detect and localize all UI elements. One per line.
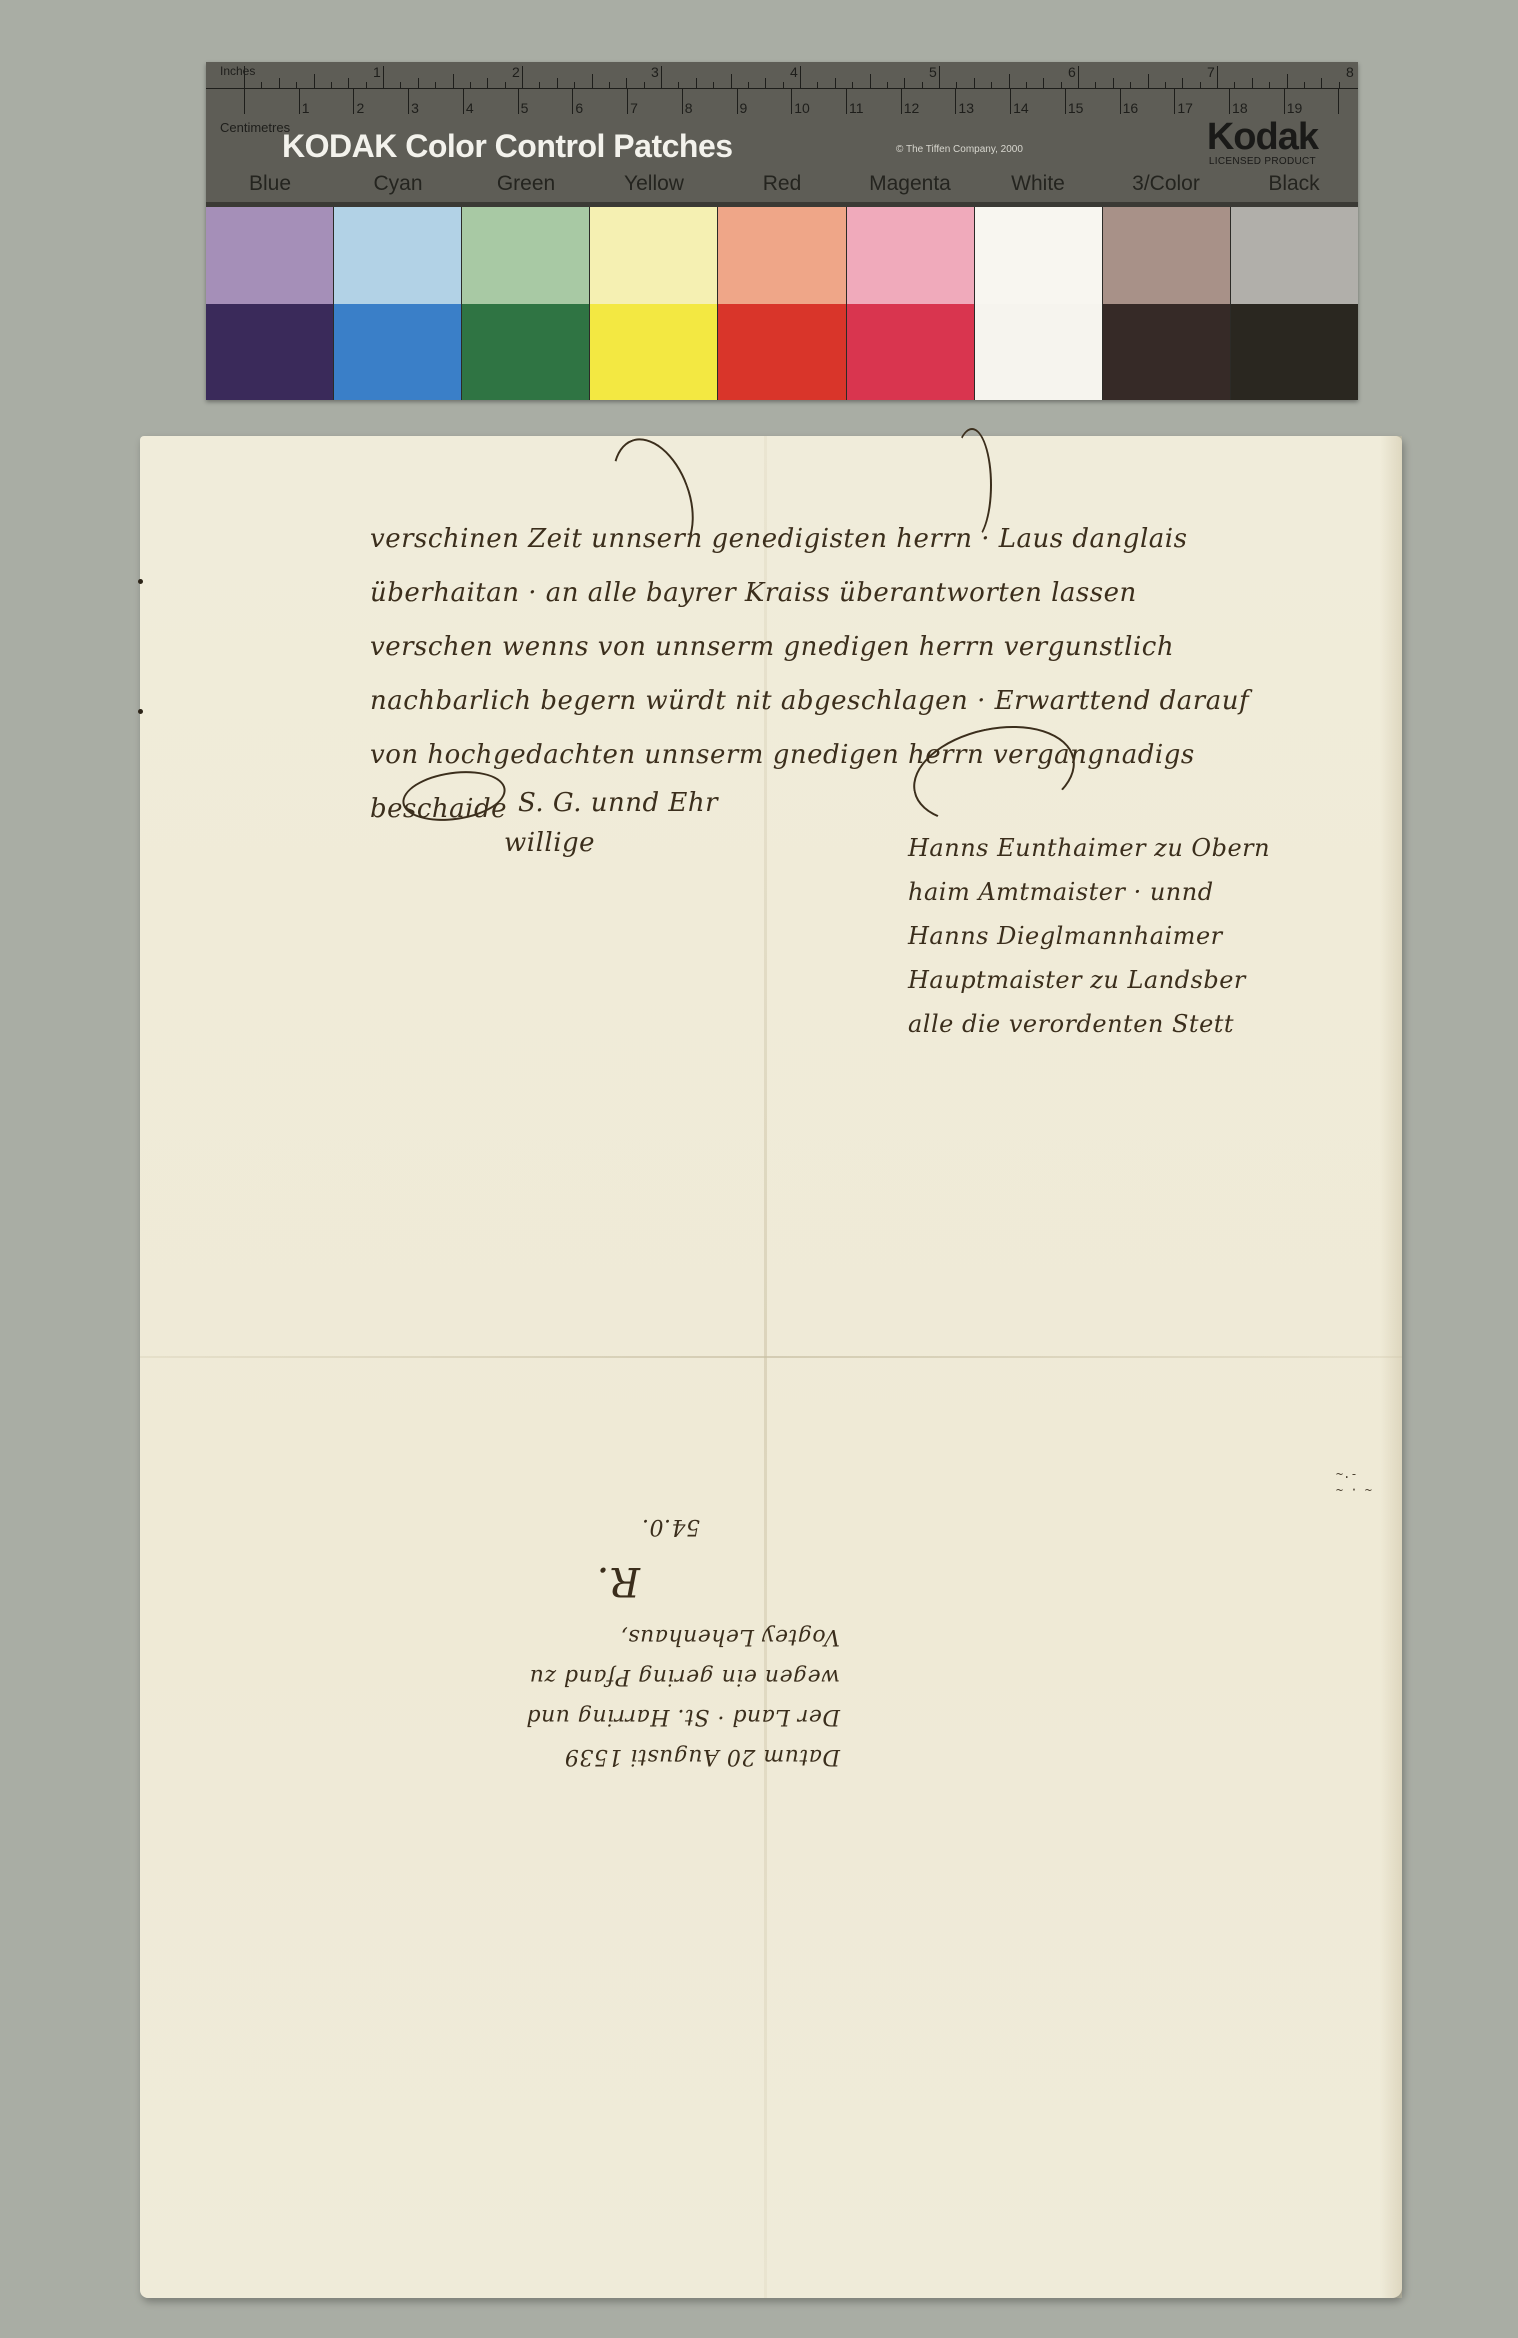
inch-tick (974, 78, 975, 88)
inch-tick (522, 66, 523, 88)
cm-number: 11 (849, 100, 864, 116)
cm-number: 16 (1123, 100, 1139, 116)
inch-tick (1061, 82, 1062, 88)
horizontal-fold-line (140, 1356, 1402, 1358)
inch-tick (453, 74, 454, 88)
signatory-line: Hauptmaister zu Landsber (908, 958, 1270, 1002)
inch-tick (661, 66, 662, 88)
cm-tick (463, 88, 464, 114)
inch-tick (1043, 78, 1044, 88)
copyright-notice: © The Tiffen Company, 2000 (896, 144, 1023, 155)
inch-tick (366, 82, 367, 88)
cm-tick (572, 88, 573, 114)
closing-line-1: S. G. unnd Ehr (518, 788, 718, 818)
inch-tick (1113, 78, 1114, 88)
patch-column (718, 207, 846, 400)
docket-date-line: Datum 20 Augusti 1539 (280, 1736, 840, 1776)
inch-tick (870, 74, 871, 88)
light-patch-cyan (334, 207, 461, 304)
inch-tick (418, 78, 419, 88)
inch-number: 7 (1207, 64, 1215, 80)
inch-tick (939, 66, 940, 88)
manuscript-page: verschinen Zeit unnsern genedigisten her… (140, 436, 1402, 2298)
inch-tick (592, 74, 593, 88)
inch-tick (922, 82, 923, 88)
inch-tick (956, 82, 957, 88)
closing-line-2: willige (504, 828, 595, 858)
cm-number: 15 (1068, 100, 1084, 116)
cm-tick (846, 88, 847, 114)
cm-number: 3 (411, 100, 419, 116)
cm-tick (518, 88, 519, 114)
inch-tick (696, 78, 697, 88)
margin-ink-mark (138, 709, 143, 714)
docket-line: Vogtey Lehenhaus, (280, 1616, 840, 1656)
inch-tick (1182, 78, 1183, 88)
cm-number: 5 (521, 100, 529, 116)
inch-tick (713, 82, 714, 88)
inch-tick (1234, 82, 1235, 88)
signatory-line: alle die verordenten Stett (908, 1002, 1270, 1046)
cm-tick (353, 88, 354, 114)
cm-number: 2 (356, 100, 364, 116)
inch-tick (470, 82, 471, 88)
patch-labels: Blue Cyan Green Yellow Red Magenta White… (206, 172, 1358, 202)
signatory-line: haim Amtmaister · unnd (908, 870, 1270, 914)
inch-number: 4 (790, 64, 798, 80)
patch-label: 3/Color (1102, 172, 1230, 202)
inch-tick (1252, 78, 1253, 88)
light-patch-black (1231, 207, 1358, 304)
dark-patch-white (975, 304, 1102, 401)
inch-tick (731, 74, 732, 88)
inch-tick (331, 82, 332, 88)
inches-label: Inches (220, 64, 255, 78)
inch-tick (852, 82, 853, 88)
body-line: von hochgedachten unnserm gnedigen herrn… (370, 728, 1380, 782)
inch-tick (261, 82, 262, 88)
patch-column (847, 207, 975, 400)
inch-tick (557, 78, 558, 88)
inch-tick (609, 82, 610, 88)
inch-number: 8 (1346, 64, 1354, 80)
light-patch-yellow (590, 207, 717, 304)
inch-tick (1321, 78, 1322, 88)
dark-patch-magenta (847, 304, 974, 401)
kodak-logo-text: Kodak (1207, 118, 1318, 156)
cm-number: 9 (740, 100, 748, 116)
light-patch-blue (206, 207, 333, 304)
cm-tick (1229, 88, 1230, 114)
cm-number: 6 (575, 100, 583, 116)
ascender-flourish (952, 428, 992, 542)
cm-tick (791, 88, 792, 114)
dark-patch-yellow (590, 304, 717, 401)
docket-line: wegen ein gering Pfand zu (280, 1656, 840, 1696)
patch-column (975, 207, 1103, 400)
inch-tick (626, 78, 627, 88)
inch-tick (1078, 66, 1079, 88)
dark-patch-red (718, 304, 845, 401)
body-line: überhaitan · an alle bayrer Kraiss übera… (370, 566, 1380, 620)
inch-tick (1269, 82, 1270, 88)
inch-tick (765, 78, 766, 88)
inch-tick (678, 82, 679, 88)
inch-tick (748, 82, 749, 88)
inch-tick (1148, 74, 1149, 88)
edge-mark: ~.- (1336, 1466, 1372, 1482)
card-title: KODAK Color Control Patches (282, 128, 733, 165)
cm-number: 1 (302, 100, 310, 116)
cm-number: 10 (794, 100, 810, 116)
patch-label: Black (1230, 172, 1358, 202)
docket-line: Der Land · St. Harring und (280, 1696, 840, 1736)
patch-label: Red (718, 172, 846, 202)
cm-tick (1010, 88, 1011, 114)
cm-tick (901, 88, 902, 114)
patch-label: Blue (206, 172, 334, 202)
inch-number: 2 (512, 64, 520, 80)
inch-number: 6 (1068, 64, 1076, 80)
inch-number: 3 (651, 64, 659, 80)
dark-patch-black (1231, 304, 1358, 401)
inch-tick (1200, 82, 1201, 88)
cm-tick (1174, 88, 1175, 114)
cm-number: 13 (958, 100, 974, 116)
inch-tick (800, 66, 801, 88)
dark-patch-cyan (334, 304, 461, 401)
inverted-docket-note: Datum 20 Augusti 1539 Der Land · St. Har… (280, 1456, 840, 1776)
light-patch-red (718, 207, 845, 304)
inch-tick (1095, 82, 1096, 88)
cm-number: 4 (466, 100, 474, 116)
inch-tick (887, 82, 888, 88)
light-patch-green (462, 207, 589, 304)
cm-tick (955, 88, 956, 114)
inch-tick (817, 82, 818, 88)
cm-number: 7 (630, 100, 638, 116)
inch-tick (539, 82, 540, 88)
patch-label: White (974, 172, 1102, 202)
dark-patch-3-color (1103, 304, 1230, 401)
inch-tick (991, 82, 992, 88)
patch-column (334, 207, 462, 400)
paper-edge-shadow (1380, 436, 1402, 2298)
inch-number: 5 (929, 64, 937, 80)
inch-tick (296, 82, 297, 88)
light-patch-white (975, 207, 1102, 304)
cm-tick (682, 88, 683, 114)
dark-patch-green (462, 304, 589, 401)
light-patch-magenta (847, 207, 974, 304)
docket-initial: R. (280, 1546, 840, 1616)
patch-column (590, 207, 718, 400)
dark-patch-blue (206, 304, 333, 401)
inch-tick (279, 78, 280, 88)
patch-label: Yellow (590, 172, 718, 202)
inch-tick (1217, 66, 1218, 88)
inch-tick (574, 82, 575, 88)
signatory-line: Hanns Dieglmannhaimer (908, 914, 1270, 958)
inch-tick (505, 82, 506, 88)
inch-tick (314, 74, 315, 88)
body-line: verschinen Zeit unnsern genedigisten her… (370, 512, 1380, 566)
patch-label: Cyan (334, 172, 462, 202)
cm-number: 19 (1287, 100, 1303, 116)
cm-tick (737, 88, 738, 114)
color-patches (206, 207, 1358, 400)
signatory-line: Hanns Eunthaimer zu Obern (908, 826, 1270, 870)
cm-tick (627, 88, 628, 114)
inch-tick (1026, 82, 1027, 88)
kodak-color-control-card: Inches 12345678 123456789101112131415161… (206, 62, 1358, 400)
inch-tick (435, 82, 436, 88)
cm-number: 12 (904, 100, 920, 116)
inch-tick (835, 78, 836, 88)
inch-tick (1304, 82, 1305, 88)
centimetres-label: Centimetres (220, 120, 290, 135)
inch-tick (1009, 74, 1010, 88)
inch-tick (904, 78, 905, 88)
cm-tick (244, 88, 245, 114)
cm-number: 18 (1232, 100, 1248, 116)
cm-number: 17 (1177, 100, 1193, 116)
inch-tick (1165, 82, 1166, 88)
patch-column (1103, 207, 1231, 400)
edge-pencil-marks: ~.- ~ · ~ (1336, 1466, 1372, 1498)
light-patch-3-color (1103, 207, 1230, 304)
patch-column (1231, 207, 1358, 400)
margin-ink-mark (138, 579, 143, 584)
inch-tick (1287, 74, 1288, 88)
kodak-logo: Kodak LICENSED PRODUCT (1207, 118, 1318, 167)
inch-tick (644, 82, 645, 88)
patch-column (206, 207, 334, 400)
cm-tick (408, 88, 409, 114)
inch-number: 1 (373, 64, 381, 80)
cm-tick (299, 88, 300, 114)
patch-column (462, 207, 590, 400)
patch-label: Green (462, 172, 590, 202)
inch-tick (1130, 82, 1131, 88)
inch-tick (487, 78, 488, 88)
body-line: nachbarlich begern würdt nit abgeschlage… (370, 674, 1380, 728)
inch-tick (383, 66, 384, 88)
body-line: verschen wenns von unnserm gnedigen herr… (370, 620, 1380, 674)
cm-tick (1284, 88, 1285, 114)
cm-tick (1120, 88, 1121, 114)
folio-number: 54.0. (280, 1506, 840, 1546)
signatories-block: Hanns Eunthaimer zu Obern haim Amtmaiste… (908, 826, 1270, 1046)
edge-mark: ~ · ~ (1336, 1482, 1372, 1498)
inch-tick (244, 66, 245, 88)
ruler-inch-baseline (206, 88, 1358, 89)
patch-label: Magenta (846, 172, 974, 202)
cm-tick (1338, 88, 1339, 114)
licensed-product-label: LICENSED PRODUCT (1207, 156, 1318, 167)
inch-tick (348, 78, 349, 88)
cm-number: 14 (1013, 100, 1029, 116)
inch-tick (783, 82, 784, 88)
cm-number: 8 (685, 100, 693, 116)
cm-tick (1065, 88, 1066, 114)
inch-tick (400, 82, 401, 88)
